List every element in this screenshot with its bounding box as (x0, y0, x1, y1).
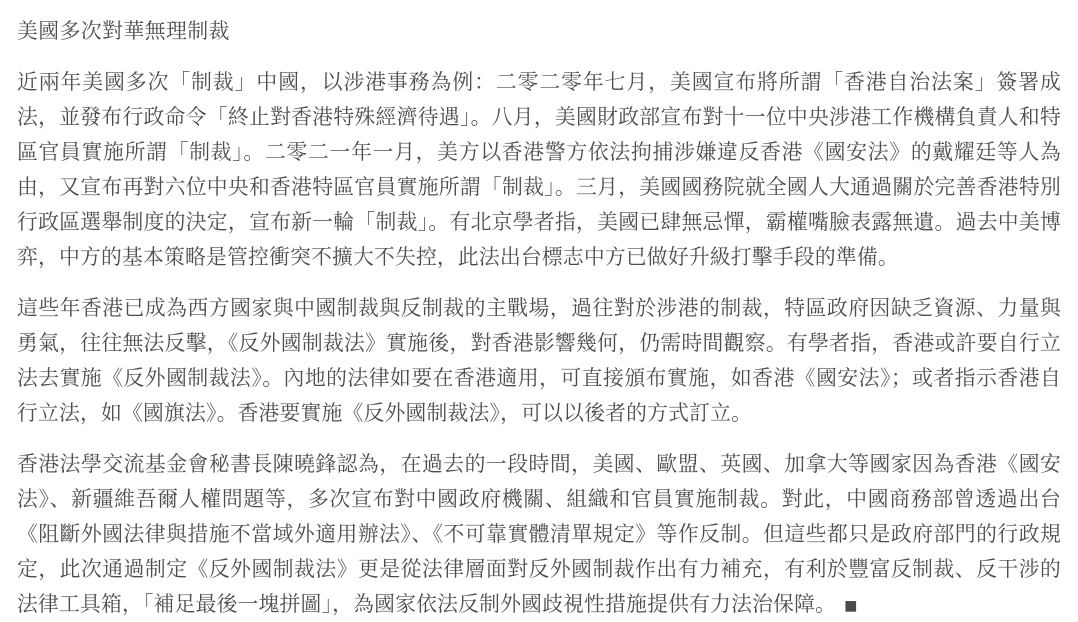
article-paragraph-1: 近兩年美國多次「制裁」中國，以涉港事務為例：二零二零年七月，美國宣布將所謂「香港… (17, 65, 1061, 275)
article-paragraph-3: 香港法學交流基金會秘書長陳曉鋒認為，在過去的一段時間，美國、歐盟、英國、加拿大等… (17, 447, 1061, 622)
article-page: 美國多次對華無理制裁 近兩年美國多次「制裁」中國，以涉港事務為例：二零二零年七月… (0, 0, 1078, 622)
article-headline: 美國多次對華無理制裁 (17, 14, 1061, 49)
article-paragraph-3-text: 香港法學交流基金會秘書長陳曉鋒認為，在過去的一段時間，美國、歐盟、英國、加拿大等… (17, 453, 1061, 616)
article-paragraph-2: 這些年香港已成為西方國家與中國制裁與反制裁的主戰場，過往對於涉港的制裁，特區政府… (17, 291, 1061, 431)
end-of-article-marker: ■ (844, 595, 858, 617)
